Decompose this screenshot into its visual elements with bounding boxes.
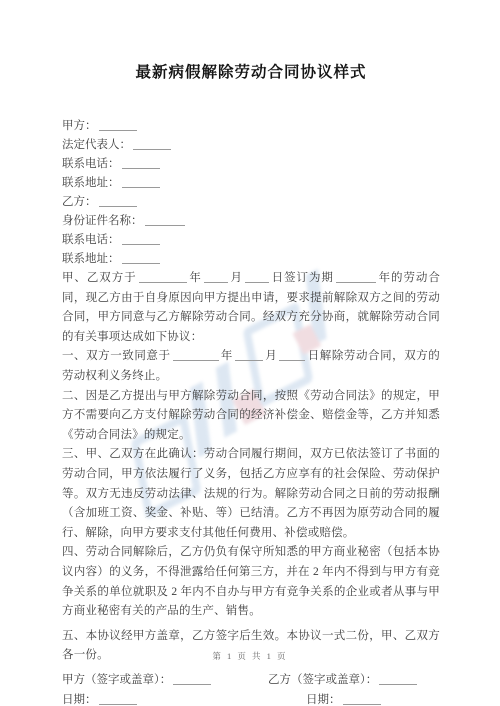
fill-in-blank xyxy=(99,195,137,207)
paragraph-text: 年 xyxy=(221,350,233,362)
fill-in-blank xyxy=(122,157,160,169)
fill-in-blank xyxy=(139,271,187,283)
field-label: 联系地址： xyxy=(62,253,120,265)
fill-in-blank xyxy=(122,252,160,264)
paragraph-text: 一、双方一致同意于 xyxy=(62,350,171,362)
signature-label: 日期： xyxy=(62,694,97,706)
paragraph: 二、因是乙方提出与甲方解除劳动合同，按照《劳动合同法》的规定，甲方不需要向乙方支… xyxy=(62,387,440,446)
fill-in-blank xyxy=(235,349,263,361)
document-title: 最新病假解除劳动合同协议样式 xyxy=(62,62,440,84)
fill-in-blank xyxy=(133,138,171,150)
fill-in-blank xyxy=(379,673,417,685)
page-number: 第 1 页 共 1 页 xyxy=(0,650,500,662)
signature-right: 乙方（签字或盖章）： xyxy=(268,670,440,691)
field-line: 联系电话： xyxy=(62,155,440,174)
paragraph: 三、甲、乙双方在此确认：劳动合同履行期间，双方已依法签订了书面的劳动合同，甲方依… xyxy=(62,445,440,543)
fill-in-blank xyxy=(336,271,376,283)
signature-label: 乙方（签字或盖章）： xyxy=(268,674,377,686)
paragraph-text: 月 xyxy=(230,272,243,284)
fill-in-blank xyxy=(122,176,160,188)
party-fields: 甲方：法定代表人：联系电话：联系地址：乙方：身份证件名称：联系电话：联系地址： xyxy=(62,117,440,269)
signature-left: 甲方（签字或盖章）： xyxy=(62,670,268,691)
paragraph-text: 三、甲、乙双方在此确认：劳动合同履行期间，双方已依法签订了书面的劳动合同，甲方依… xyxy=(62,448,440,538)
field-line: 乙方： xyxy=(62,193,440,212)
signature-label: 日期： xyxy=(306,694,341,706)
paragraph-text: 甲、乙双方于 xyxy=(62,272,137,284)
paragraph-text: 年 xyxy=(189,272,202,284)
field-label: 法定代表人： xyxy=(62,139,131,151)
field-line: 联系地址： xyxy=(62,174,440,193)
field-label: 身份证件名称： xyxy=(62,215,143,227)
paragraph: 甲、乙双方于年月日签订为期年的劳动合同，现乙方由于自身原因向甲方提出申请，要求提… xyxy=(62,269,440,347)
field-line: 联系地址： xyxy=(62,250,440,269)
signature-left: 日期： xyxy=(62,690,268,706)
field-label: 乙方： xyxy=(62,196,97,208)
fill-in-blank xyxy=(122,233,160,245)
signature-block: 甲方（签字或盖章）：乙方（签字或盖章）：日期：日期： xyxy=(62,670,440,706)
fill-in-blank xyxy=(245,271,269,283)
fill-in-blank xyxy=(204,271,228,283)
signature-row: 日期：日期： xyxy=(62,690,440,706)
field-line: 身份证件名称： xyxy=(62,212,440,231)
fill-in-blank xyxy=(145,214,185,226)
fill-in-blank xyxy=(99,693,137,705)
document-page: 最新病假解除劳动合同协议样式 甲方：法定代表人：联系电话：联系地址：乙方：身份证… xyxy=(0,0,500,706)
fill-in-blank xyxy=(99,119,137,131)
field-line: 联系电话： xyxy=(62,231,440,250)
field-line: 甲方： xyxy=(62,117,440,136)
paragraph-text: 日签订为期 xyxy=(271,272,334,284)
paragraph-text: 二、因是乙方提出与甲方解除劳动合同，按照《劳动合同法》的规定，甲方不需要向乙方支… xyxy=(62,390,440,441)
paragraph: 一、双方一致同意于年月日解除劳动合同，双方的劳动权利义务终止。 xyxy=(62,347,440,386)
paragraph-text: 月 xyxy=(265,350,277,362)
signature-label: 甲方（签字或盖章）： xyxy=(62,674,171,686)
fill-in-blank xyxy=(279,349,305,361)
field-label: 联系地址： xyxy=(62,177,120,189)
paragraph: 四、劳动合同解除后，乙方仍负有保守所知悉的甲方商业秘密（包括本协议内容）的义务，… xyxy=(62,543,440,621)
paragraph-text: 四、劳动合同解除后，乙方仍负有保守所知悉的甲方商业秘密（包括本协议内容）的义务，… xyxy=(62,546,440,617)
field-label: 联系电话： xyxy=(62,158,120,170)
signature-row: 甲方（签字或盖章）：乙方（签字或盖章）： xyxy=(62,670,440,691)
field-line: 法定代表人： xyxy=(62,136,440,155)
fill-in-blank xyxy=(173,673,211,685)
field-label: 甲方： xyxy=(62,120,97,132)
fill-in-blank xyxy=(343,693,381,705)
fill-in-blank xyxy=(173,349,219,361)
clauses: 甲、乙双方于年月日签订为期年的劳动合同，现乙方由于自身原因向甲方提出申请，要求提… xyxy=(62,269,440,666)
signature-right: 日期： xyxy=(268,690,440,706)
field-label: 联系电话： xyxy=(62,234,120,246)
